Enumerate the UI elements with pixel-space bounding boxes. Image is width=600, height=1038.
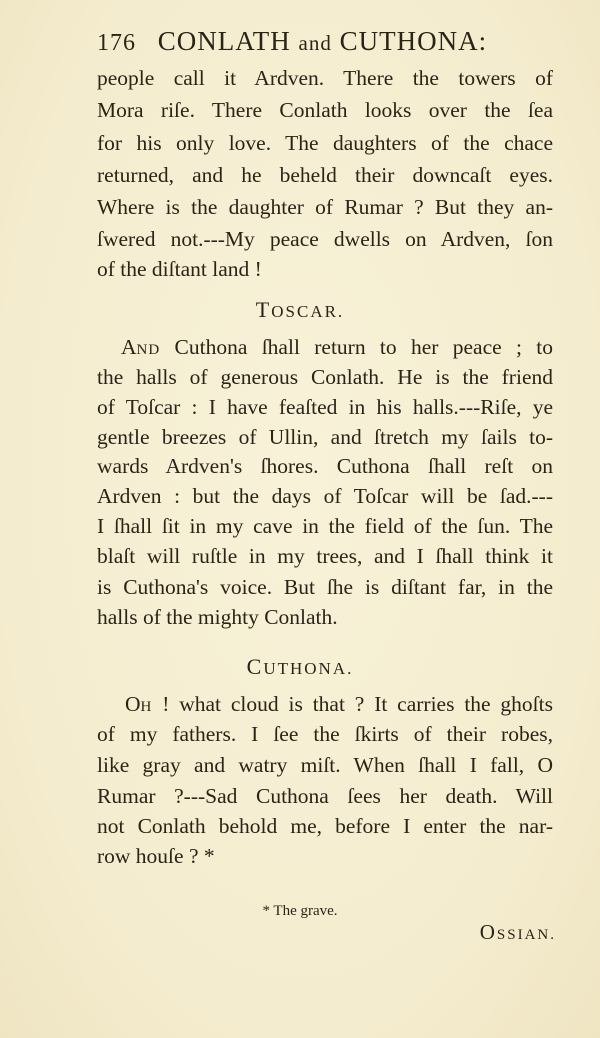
- text-line: I ſhall ſit in my cave in the field of t…: [97, 516, 553, 538]
- text-line: returned, and he beheld their downcaſt e…: [97, 165, 553, 187]
- drop-cap: O: [125, 692, 141, 716]
- footnote: * The grave.: [0, 903, 600, 920]
- text-line: is Cuthona's voice. But ſhe is diſtant f…: [97, 577, 553, 599]
- text-line: Where is the daughter of Rumar ? But the…: [97, 197, 553, 219]
- text-line: blaſt will ruſtle in my trees, and I ſha…: [97, 546, 553, 568]
- text-line: of my fathers. I ſee the ſkirts of their…: [97, 724, 553, 746]
- speaker-heading-toscar: TOSCAR.: [0, 297, 600, 323]
- text-line: ſwered not.---My peace dwells on Ardven,…: [97, 229, 553, 251]
- text-line: for his only love. The daughters of the …: [97, 133, 553, 155]
- text-line: halls of the mighty Conlath.: [97, 607, 553, 629]
- text-line: Mora riſe. There Conlath looks over the …: [97, 100, 553, 122]
- drop-cap: A: [121, 335, 137, 359]
- signature-ossian: OSSIAN.: [480, 920, 556, 945]
- speaker-heading-cuthona: CUTHONA.: [0, 654, 600, 680]
- text-line: of Toſcar : I have feaſted in his halls.…: [97, 397, 553, 419]
- text-line: not Conlath behold me, before I enter th…: [97, 816, 553, 838]
- text-line: the halls of generous Conlath. He is the…: [97, 367, 553, 389]
- text-line: Rumar ?---Sad Cuthona ſees her death. Wi…: [97, 786, 553, 808]
- text-line: gentle breezes of Ullin, and ſtretch my …: [97, 427, 553, 449]
- text-line: wards Ardven's ſhores. Cuthona ſhall reſ…: [97, 456, 553, 478]
- paragraph-first-line: OH ! what cloud is that ? It carries the…: [125, 694, 553, 716]
- text-line: row houſe ? *: [97, 846, 553, 868]
- paragraph-first-line: AND Cuthona ſhall return to her peace ; …: [121, 337, 553, 359]
- page-number: 176: [97, 30, 136, 56]
- header-title-cuthona: CUTHONA:: [340, 26, 488, 56]
- text-line: Ardven : but the days of Toſcar will be …: [97, 486, 553, 508]
- text-line: people call it Ardven. There the towers …: [97, 68, 553, 90]
- text-line: like gray and watry miſt. When ſhall I f…: [97, 755, 553, 777]
- book-page: 176 CONLATH and CUTHONA: people call it …: [0, 0, 600, 1038]
- text-line: of the diſtant land !: [97, 259, 553, 281]
- header-title-and: and: [299, 31, 332, 55]
- running-header: 176 CONLATH and CUTHONA:: [97, 26, 577, 57]
- header-title-conlath: CONLATH: [158, 26, 291, 56]
